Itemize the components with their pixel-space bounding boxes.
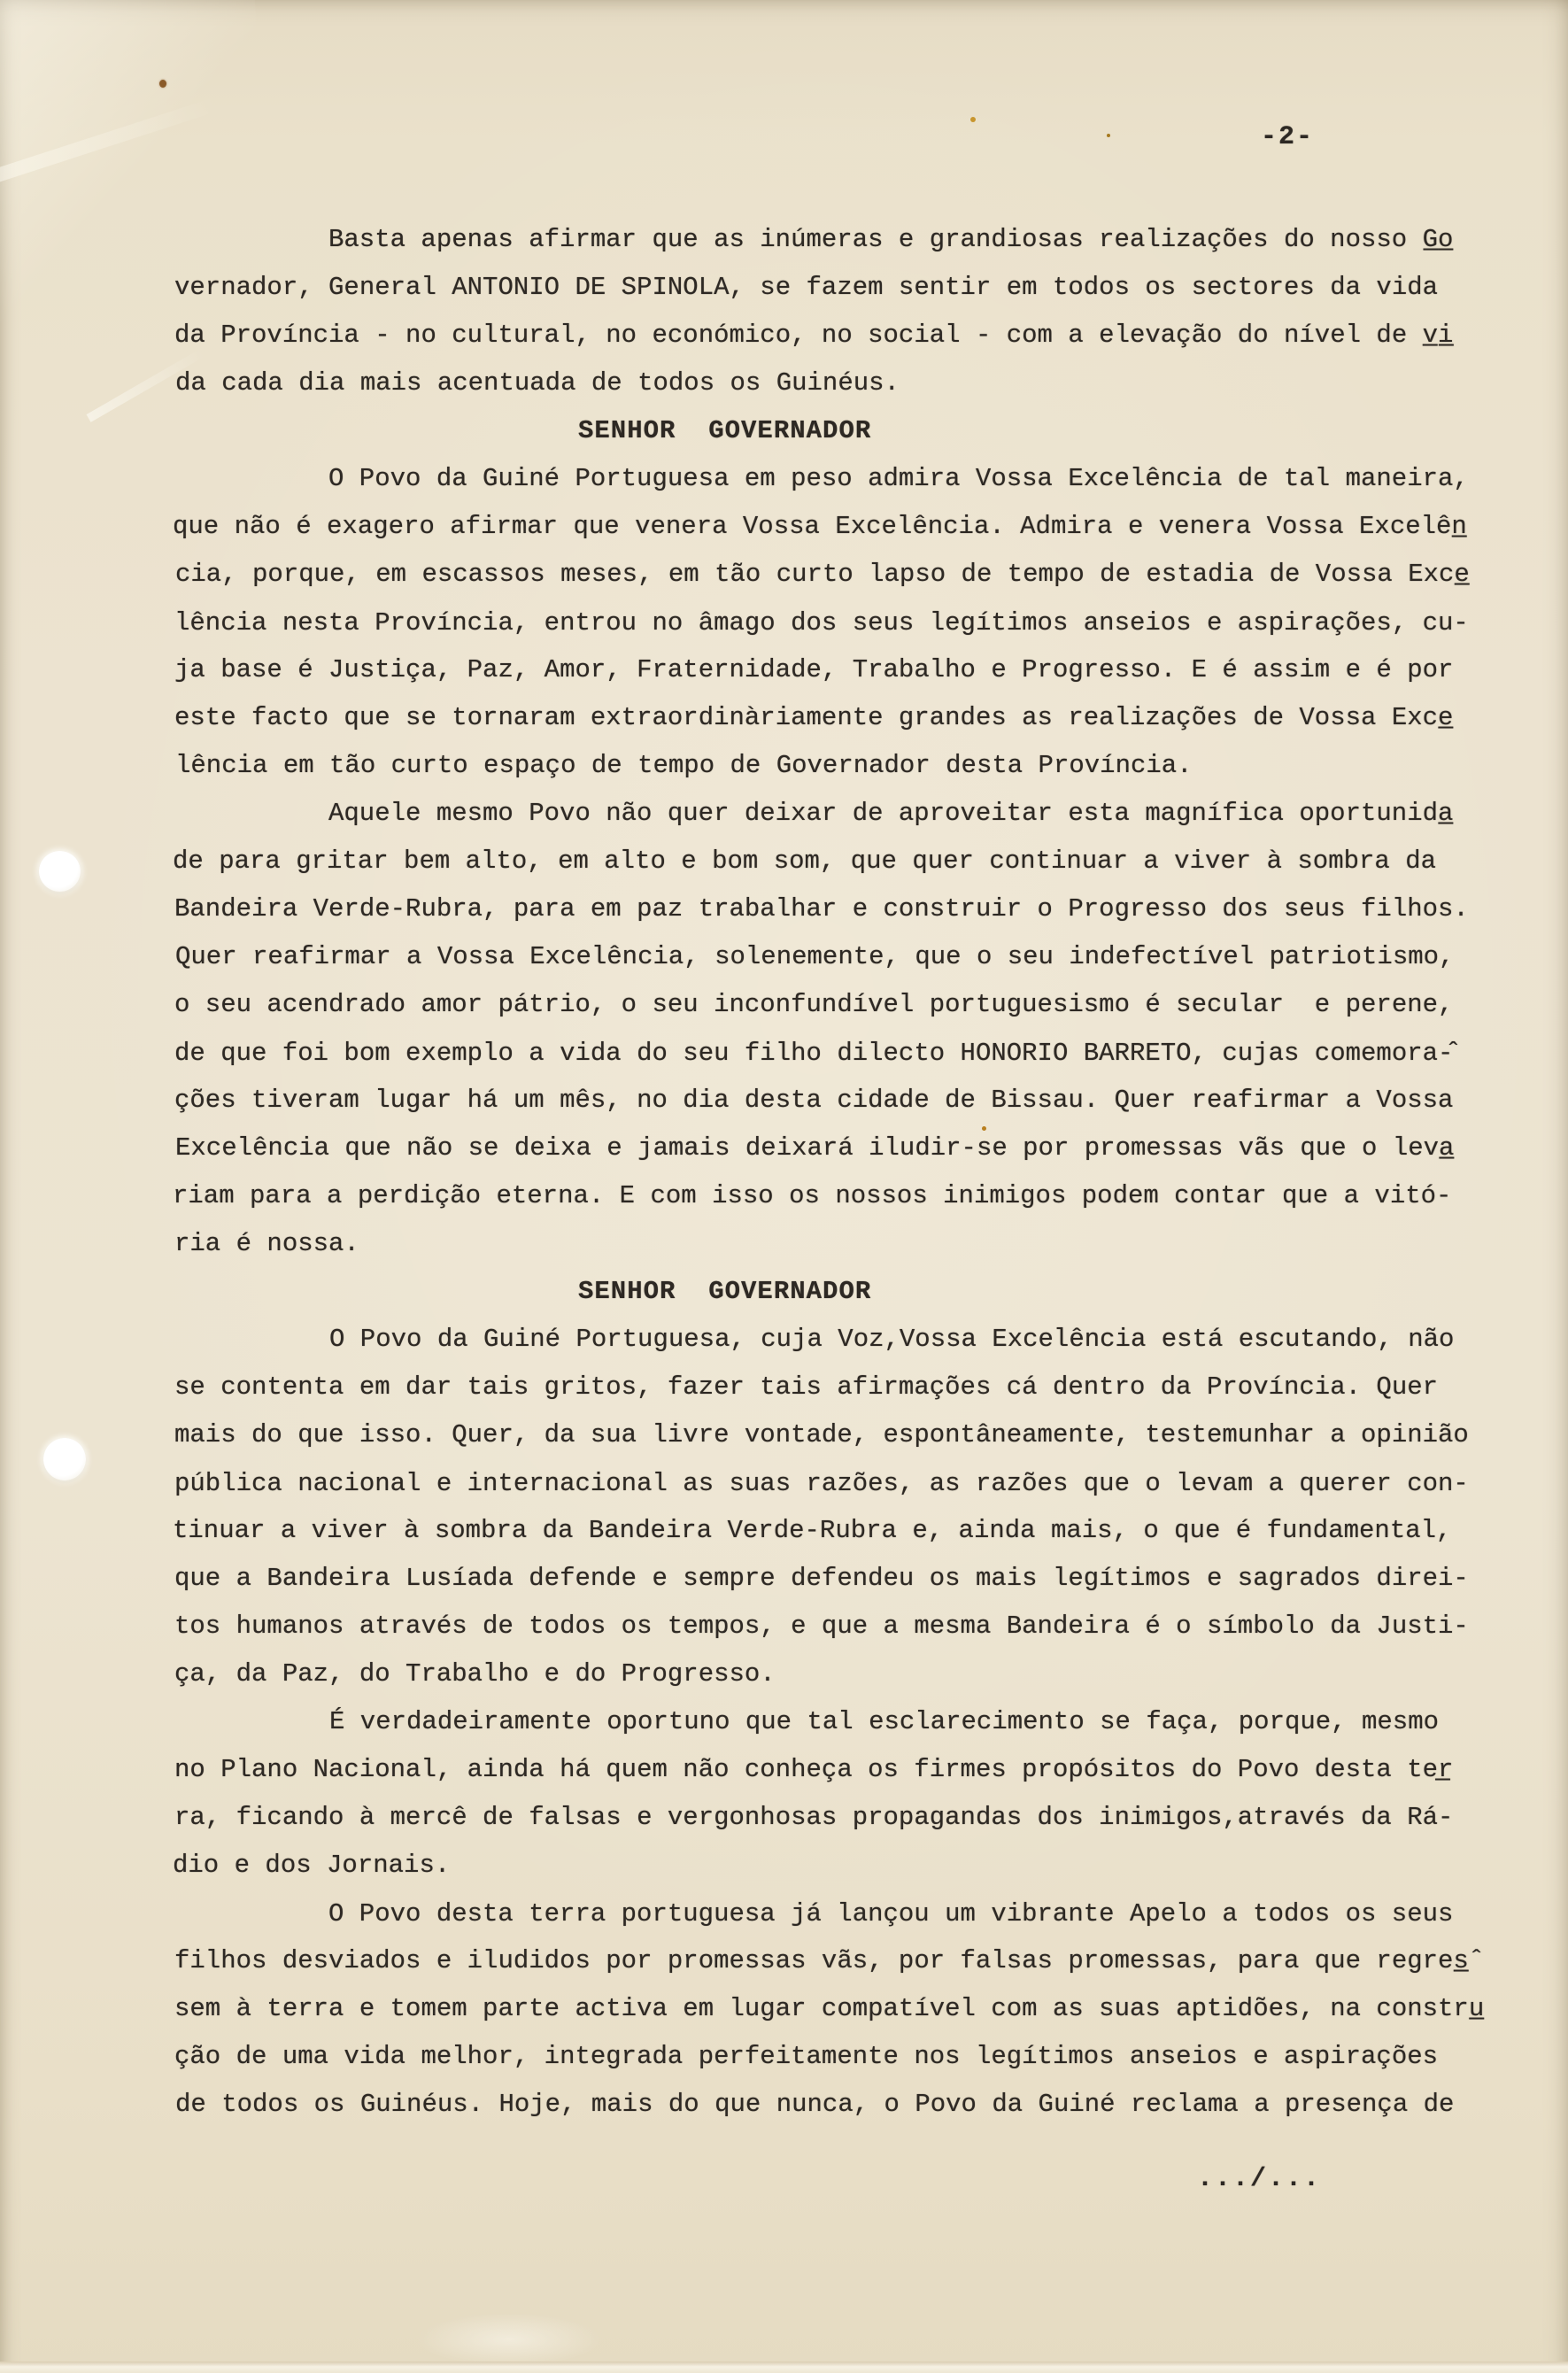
text-line: tos humanos através de todos os tempos, … [174, 1603, 1511, 1650]
text-line: ria é nossa. [174, 1220, 1511, 1268]
hole-punch [43, 1438, 86, 1480]
text-line: mais do que isso. Quer, da sua livre von… [174, 1411, 1511, 1459]
text-line: Excelência que não se deixa e jamais dei… [175, 1125, 1512, 1172]
text-line: que a Bandeira Lusíada defende e sempre … [174, 1555, 1511, 1603]
text-line: o seu acendrado amor pátrio, o seu incon… [174, 981, 1511, 1029]
text-line: que não é exagero afirmar que venera Vos… [173, 503, 1510, 551]
paper-crease [0, 97, 218, 182]
paper-stain [416, 2313, 602, 2366]
text-line: da cada dia mais acentuada de todos os G… [175, 359, 1512, 407]
continuation-mark: .../... [1197, 2164, 1321, 2194]
text-line: este facto que se tornaram extraordinàri… [174, 694, 1511, 742]
text-line: vernador, General ANTONIO DE SPINOLA, se… [174, 264, 1511, 312]
text-line: filhos desviados e iludidos por promessa… [174, 1937, 1511, 1985]
text-block: Basta apenas afirmar que as inúmeras e g… [174, 216, 1511, 2129]
section-heading: SENHOR GOVERNADOR [174, 407, 1511, 455]
text-line: dio e dos Jornais. [173, 1842, 1510, 1890]
text-line: Basta apenas afirmar que as inúmeras e g… [174, 216, 1511, 264]
text-line: pública nacional e internacional as suas… [174, 1460, 1511, 1508]
paper-speck [970, 117, 976, 122]
text-line: O Povo da Guiné Portuguesa em peso admir… [174, 455, 1511, 503]
text-line: ja base é Justiça, Paz, Amor, Fraternida… [174, 646, 1511, 694]
text-line: ra, ficando à mercê de falsas e vergonho… [174, 1794, 1511, 1842]
text-line: O Povo da Guiné Portuguesa, cuja Voz,Vos… [175, 1316, 1512, 1364]
text-line: lência em tão curto espaço de tempo de G… [175, 742, 1512, 790]
text-line: se contenta em dar tais gritos, fazer ta… [174, 1364, 1511, 1411]
text-line: lência nesta Província, entrou no âmago … [174, 599, 1511, 647]
text-line: de para gritar bem alto, em alto e bom s… [173, 838, 1510, 885]
text-line: O Povo desta terra portuguesa já lançou … [174, 1890, 1511, 1938]
paper-bottom-edge [0, 2361, 1568, 2373]
text-line: Quer reafirmar a Vossa Excelência, solen… [175, 933, 1512, 981]
text-line: ção de uma vida melhor, integrada perfei… [174, 2033, 1511, 2081]
document-page: -2- Basta apenas afirmar que as inúmeras… [0, 0, 1568, 2373]
text-line: sem à terra e tomem parte activa em luga… [174, 1985, 1511, 2033]
text-line: de todos os Guinéus. Hoje, mais do que n… [175, 2081, 1512, 2129]
hole-punch [39, 851, 81, 892]
text-line: cia, porque, em escassos meses, em tão c… [175, 551, 1512, 599]
text-line: ça, da Paz, do Trabalho e do Progresso. [174, 1650, 1511, 1698]
paper-speck [159, 80, 166, 88]
text-line: Aquele mesmo Povo não quer deixar de apr… [174, 790, 1511, 838]
text-line: tinuar a viver à sombra da Bandeira Verd… [173, 1507, 1510, 1555]
section-heading: SENHOR GOVERNADOR [174, 1268, 1511, 1316]
text-line: ções tiveram lugar há um mês, no dia des… [174, 1077, 1511, 1125]
text-line: É verdadeiramente oportuno que tal escla… [175, 1698, 1512, 1746]
text-line: da Província - no cultural, no económico… [174, 312, 1511, 359]
page-number: -2- [1261, 122, 1314, 152]
paper-speck [1107, 134, 1110, 137]
text-line: Bandeira Verde-Rubra, para em paz trabal… [174, 885, 1511, 933]
text-line: riam para a perdição eterna. E com isso … [173, 1172, 1510, 1220]
text-line: no Plano Nacional, ainda há quem não con… [174, 1746, 1511, 1794]
text-line: de que foi bom exemplo a vida do seu fil… [174, 1030, 1511, 1078]
